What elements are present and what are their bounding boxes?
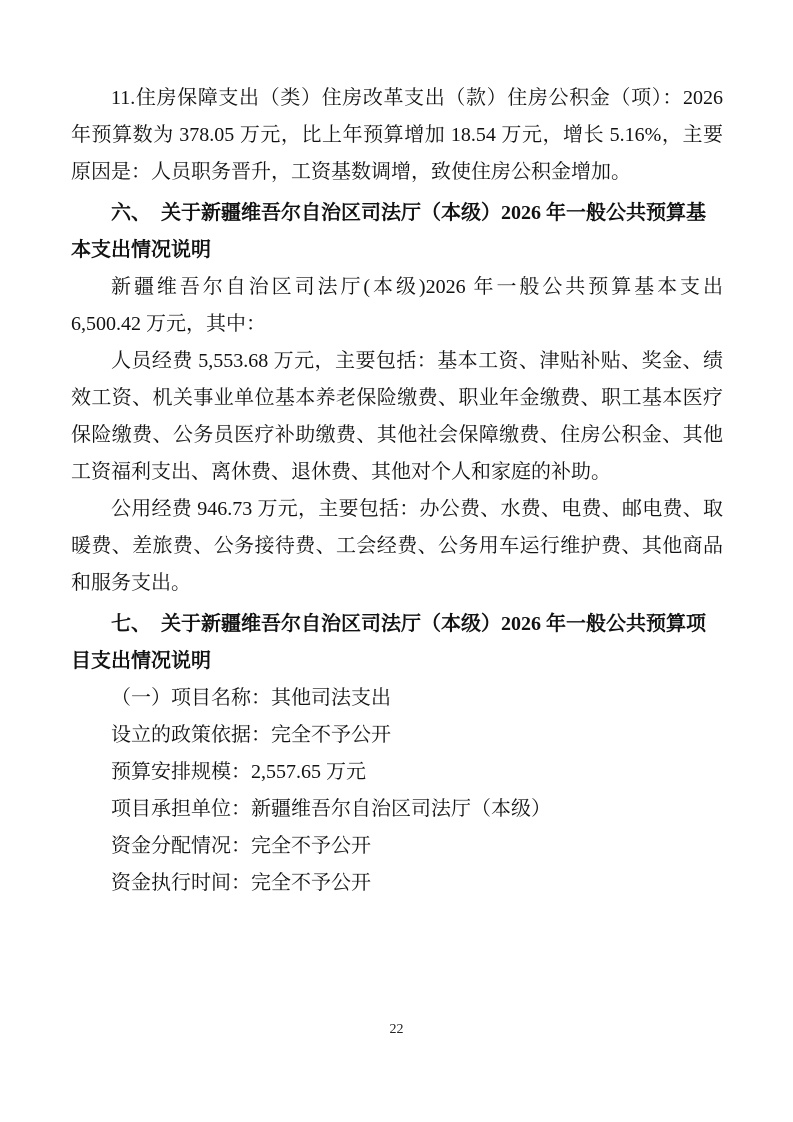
item-project-name: （一）项目名称：其他司法支出 (71, 680, 723, 717)
page-number: 22 (0, 1020, 793, 1040)
document-page: 11.住房保障支出（类）住房改革支出（款）住房公积金（项）：2026 年预算数为… (0, 0, 793, 1122)
page-content: 11.住房保障支出（类）住房改革支出（款）住房公积金（项）：2026 年预算数为… (71, 80, 723, 902)
item-budget-scale: 预算安排规模：2,557.65 万元 (71, 754, 723, 791)
item-undertaking-unit: 项目承担单位：新疆维吾尔自治区司法厅（本级） (71, 791, 723, 828)
paragraph-public-expenses: 公用经费 946.73 万元，主要包括：办公费、水费、电费、邮电费、取暖费、差旅… (71, 491, 723, 602)
section-heading-7-project-expenditure: 七、 关于新疆维吾尔自治区司法厅（本级）2026 年一般公共预算项目支出情况说明 (71, 606, 723, 680)
item-fund-execution-time: 资金执行时间：完全不予公开 (71, 865, 723, 902)
paragraph-basic-expenditure-total: 新疆维吾尔自治区司法厅(本级)2026 年一般公共预算基本支出 6,500.42… (71, 269, 723, 343)
item-policy-basis: 设立的政策依据：完全不予公开 (71, 717, 723, 754)
paragraph-personnel-expenses: 人员经费 5,553.68 万元，主要包括：基本工资、津贴补贴、奖金、绩效工资、… (71, 343, 723, 491)
paragraph-housing-fund: 11.住房保障支出（类）住房改革支出（款）住房公积金（项）：2026 年预算数为… (71, 80, 723, 191)
section-heading-6-basic-expenditure: 六、 关于新疆维吾尔自治区司法厅（本级）2026 年一般公共预算基本支出情况说明 (71, 195, 723, 269)
item-fund-allocation: 资金分配情况：完全不予公开 (71, 828, 723, 865)
